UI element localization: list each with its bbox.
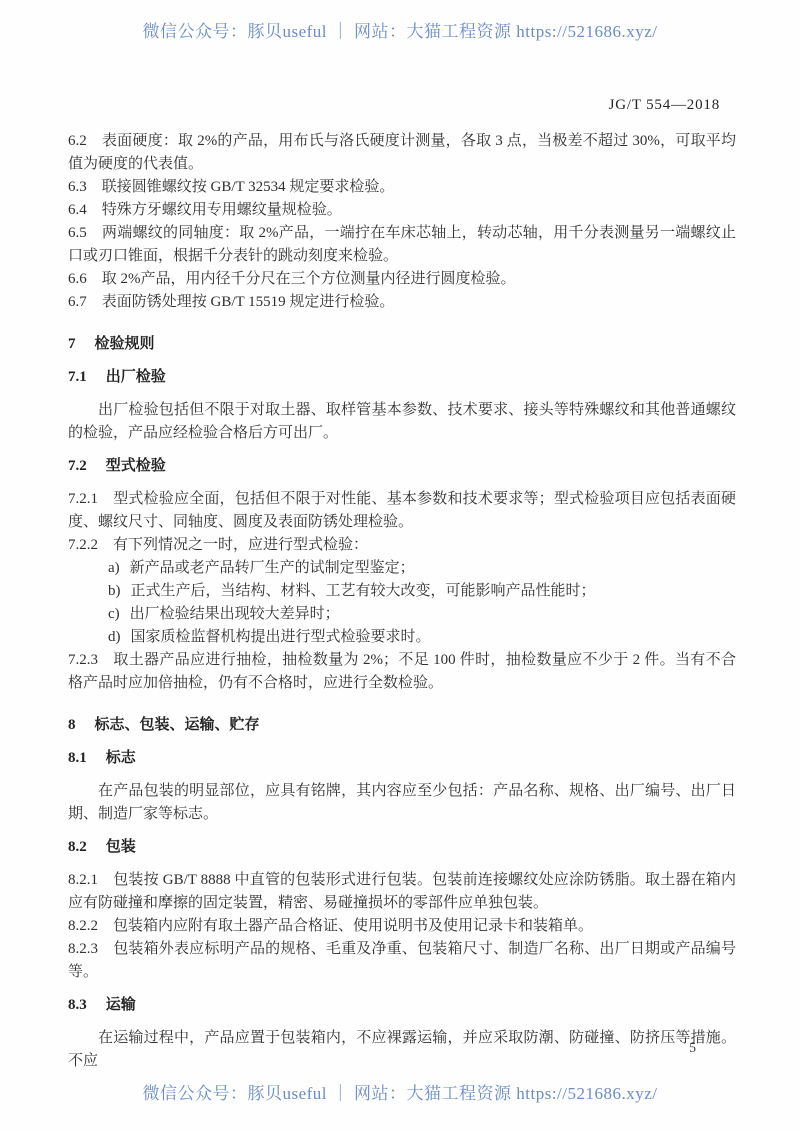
item-letter: a) bbox=[108, 560, 120, 576]
clause-6.2: 6.2表面硬度：取 2%的产品，用布氏与洛氏硬度计测量，各取 3 点，当极差不超… bbox=[68, 130, 736, 176]
clause-text: 出厂检验包括但不限于对取土器、取样管基本参数、技术要求、接头等特殊螺纹和其他普通… bbox=[68, 402, 736, 441]
clause-number: 8.2.1 bbox=[68, 872, 98, 888]
clause-text: 型式检验 bbox=[106, 458, 166, 474]
list-item-c: c)出厂检验结果出现较大差异时； bbox=[68, 603, 736, 626]
clause-number: 6.5 bbox=[68, 225, 87, 241]
clause-6.7: 6.7表面防锈处理按 GB/T 15519 规定进行检验。 bbox=[68, 291, 736, 314]
clause-number: 8.2 bbox=[68, 839, 87, 855]
clause-number: 7.2.1 bbox=[68, 491, 98, 507]
clause-text: 特殊方牙螺纹用专用螺纹量规检验。 bbox=[102, 202, 342, 218]
clause-7.2.1: 7.2.1型式检验应全面，包括但不限于对性能、基本参数和技术要求等；型式检验项目… bbox=[68, 488, 736, 534]
paragraph: 在运输过程中，产品应置于包装箱内，不应裸露运输，并应采取防潮、防碰撞、防挤压等措… bbox=[68, 1027, 736, 1073]
section-heading-8.1: 8.1标志 bbox=[68, 747, 736, 770]
clause-text: 包装箱内应附有取土器产品合格证、使用说明书及使用记录卡和装箱单。 bbox=[113, 918, 593, 934]
paragraph: 出厂检验包括但不限于对取土器、取样管基本参数、技术要求、接头等特殊螺纹和其他普通… bbox=[68, 399, 736, 445]
clause-8.2.2: 8.2.2包装箱内应附有取土器产品合格证、使用说明书及使用记录卡和装箱单。 bbox=[68, 915, 736, 938]
clause-number: 8.1 bbox=[68, 750, 87, 766]
clause-text: 国家质检监督机构提出进行型式检验要求时。 bbox=[131, 629, 431, 645]
clause-text: 包装按 GB/T 8888 中直管的包装形式进行包装。包装前连接螺纹处应涂防锈脂… bbox=[68, 872, 736, 911]
watermark-bottom: 微信公众号：豚贝useful ｜ 网站：大猫工程资源 https://52168… bbox=[0, 1082, 800, 1106]
clause-text: 联接圆锥螺纹按 GB/T 32534 规定要求检验。 bbox=[102, 179, 395, 195]
clause-text: 有下列情况之一时，应进行型式检验： bbox=[113, 537, 368, 553]
clause-text: 型式检验应全面，包括但不限于对性能、基本参数和技术要求等；型式检验项目应包括表面… bbox=[68, 491, 736, 530]
clause-number: 8.2.3 bbox=[68, 941, 98, 957]
clause-text: 出厂检验结果出现较大差异时； bbox=[130, 606, 340, 622]
clause-text: 标志、包装、运输、贮存 bbox=[95, 717, 260, 733]
item-letter: d) bbox=[108, 629, 121, 645]
clause-number: 7 bbox=[68, 336, 76, 352]
clause-number: 6.2 bbox=[68, 133, 87, 149]
list-item-a: a)新产品或老产品转厂生产的试制定型鉴定； bbox=[68, 557, 736, 580]
clause-number: 6.6 bbox=[68, 271, 87, 287]
clause-text: 在产品包装的明显部位，应具有铭牌，其内容应至少包括：产品名称、规格、出厂编号、出… bbox=[68, 783, 736, 822]
section-heading-8.2: 8.2包装 bbox=[68, 836, 736, 859]
clause-text: 取土器产品应进行抽检，抽检数量为 2%；不足 100 件时，抽检数量应不少于 2… bbox=[68, 652, 736, 691]
clause-number: 8.3 bbox=[68, 997, 87, 1013]
section-heading-8: 8标志、包装、运输、贮存 bbox=[68, 714, 736, 737]
section-heading-8.3: 8.3运输 bbox=[68, 994, 736, 1017]
paragraph: 在产品包装的明显部位，应具有铭牌，其内容应至少包括：产品名称、规格、出厂编号、出… bbox=[68, 780, 736, 826]
watermark-top: 微信公众号：豚贝useful ｜ 网站：大猫工程资源 https://52168… bbox=[0, 20, 800, 44]
standard-number: JG/T 554—2018 bbox=[609, 97, 720, 114]
clause-text: 正式生产后，当结构、材料、工艺有较大改变，可能影响产品性能时； bbox=[131, 583, 596, 599]
clause-text: 表面防锈处理按 GB/T 15519 规定进行检验。 bbox=[102, 294, 395, 310]
clause-number: 8 bbox=[68, 717, 76, 733]
page-number: 5 bbox=[689, 1040, 696, 1056]
document-page: 微信公众号：豚贝useful ｜ 网站：大猫工程资源 https://52168… bbox=[0, 0, 800, 1131]
clause-text: 标志 bbox=[106, 750, 136, 766]
clause-text: 包装 bbox=[106, 839, 136, 855]
section-heading-7.1: 7.1出厂检验 bbox=[68, 366, 736, 389]
clause-7.2.3: 7.2.3取土器产品应进行抽检，抽检数量为 2%；不足 100 件时，抽检数量应… bbox=[68, 649, 736, 695]
clause-6.6: 6.6取 2%产品，用内径千分尺在三个方位测量内径进行圆度检验。 bbox=[68, 268, 736, 291]
clause-number: 8.2.2 bbox=[68, 918, 98, 934]
clause-number: 6.7 bbox=[68, 294, 87, 310]
clause-number: 7.2.2 bbox=[68, 537, 98, 553]
clause-7.2.2: 7.2.2有下列情况之一时，应进行型式检验： bbox=[68, 534, 736, 557]
clause-8.2.3: 8.2.3包装箱外表应标明产品的规格、毛重及净重、包装箱尺寸、制造厂名称、出厂日… bbox=[68, 938, 736, 984]
clause-number: 7.1 bbox=[68, 369, 87, 385]
clause-number: 7.2.3 bbox=[68, 652, 98, 668]
item-letter: b) bbox=[108, 583, 121, 599]
clause-text: 检验规则 bbox=[95, 336, 155, 352]
clause-text: 运输 bbox=[106, 997, 136, 1013]
clause-6.5: 6.5两端螺纹的同轴度：取 2%产品，一端拧在车床芯轴上，转动芯轴，用千分表测量… bbox=[68, 222, 736, 268]
list-item-b: b)正式生产后，当结构、材料、工艺有较大改变，可能影响产品性能时； bbox=[68, 580, 736, 603]
clause-text: 新产品或老产品转厂生产的试制定型鉴定； bbox=[130, 560, 415, 576]
doc-body: 6.2表面硬度：取 2%的产品，用布氏与洛氏硬度计测量，各取 3 点，当极差不超… bbox=[68, 130, 736, 1073]
section-heading-7: 7检验规则 bbox=[68, 333, 736, 356]
clause-text: 包装箱外表应标明产品的规格、毛重及净重、包装箱尺寸、制造厂名称、出厂日期或产品编… bbox=[68, 941, 736, 980]
section-heading-7.2: 7.2型式检验 bbox=[68, 455, 736, 478]
list-item-d: d)国家质检监督机构提出进行型式检验要求时。 bbox=[68, 626, 736, 649]
clause-number: 7.2 bbox=[68, 458, 87, 474]
clause-text: 在运输过程中，产品应置于包装箱内，不应裸露运输，并应采取防潮、防碰撞、防挤压等措… bbox=[68, 1030, 736, 1069]
clause-text: 表面硬度：取 2%的产品，用布氏与洛氏硬度计测量，各取 3 点，当极差不超过 3… bbox=[68, 133, 736, 172]
clause-text: 两端螺纹的同轴度：取 2%产品，一端拧在车床芯轴上，转动芯轴，用千分表测量另一端… bbox=[68, 225, 736, 264]
clause-text: 取 2%产品，用内径千分尺在三个方位测量内径进行圆度检验。 bbox=[102, 271, 516, 287]
clause-8.2.1: 8.2.1包装按 GB/T 8888 中直管的包装形式进行包装。包装前连接螺纹处… bbox=[68, 869, 736, 915]
clause-number: 6.3 bbox=[68, 179, 87, 195]
clause-6.3: 6.3联接圆锥螺纹按 GB/T 32534 规定要求检验。 bbox=[68, 176, 736, 199]
item-letter: c) bbox=[108, 606, 120, 622]
clause-text: 出厂检验 bbox=[106, 369, 166, 385]
clause-6.4: 6.4特殊方牙螺纹用专用螺纹量规检验。 bbox=[68, 199, 736, 222]
clause-number: 6.4 bbox=[68, 202, 87, 218]
